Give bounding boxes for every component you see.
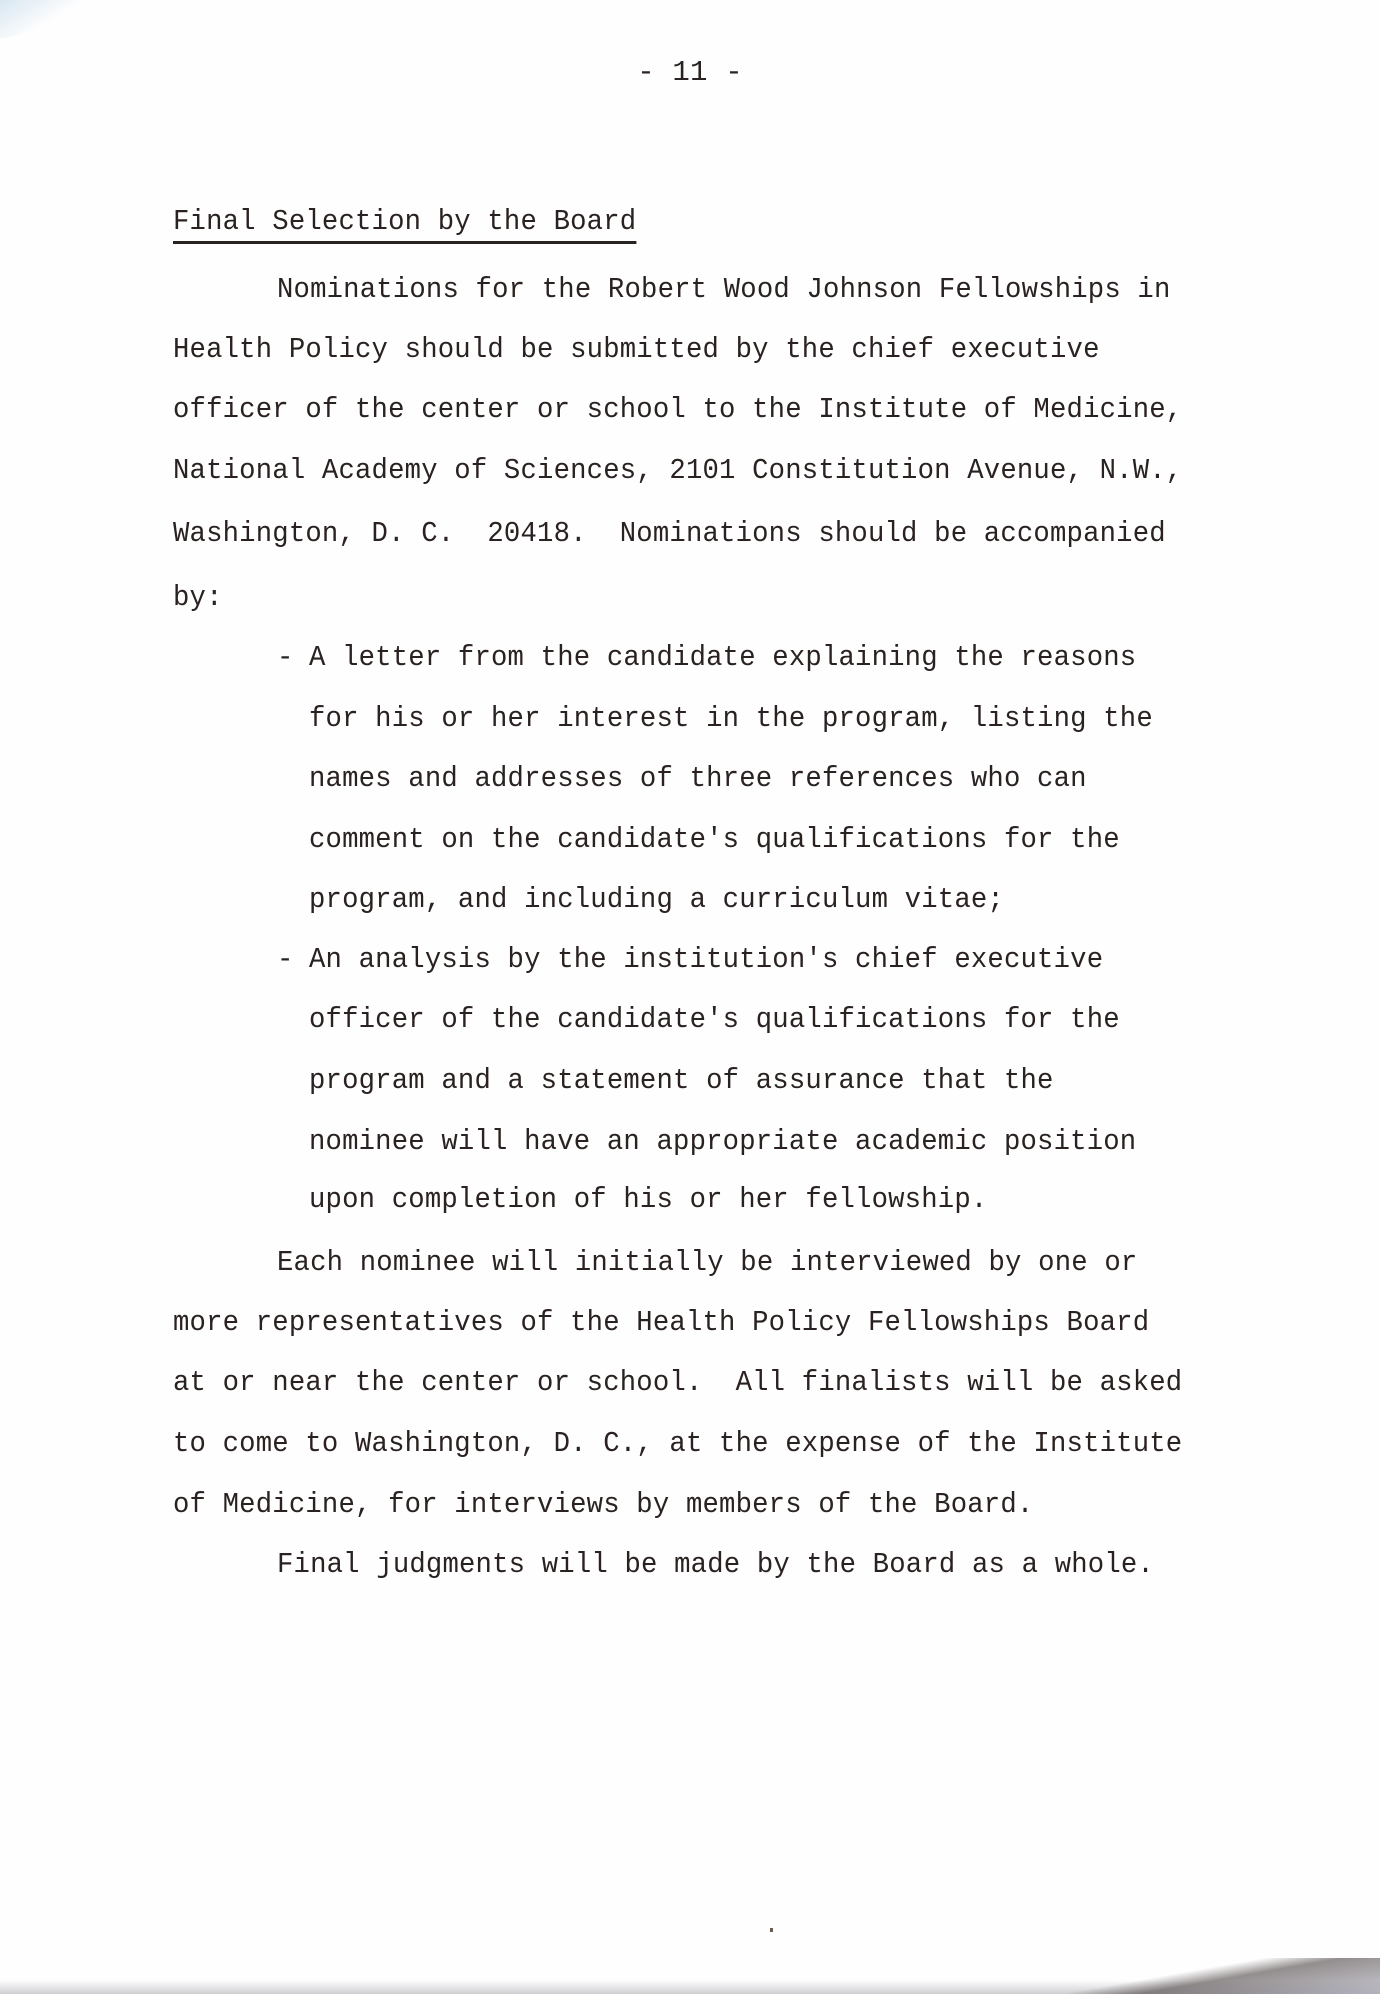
bullet-marker: - — [277, 641, 294, 675]
document-page: - 11 - Final Selection by the Board Nomi… — [0, 0, 1380, 1994]
paragraph2-line: at or near the center or school. All fin… — [173, 1366, 1182, 1400]
bullet1-line: comment on the candidate's qualification… — [309, 823, 1120, 857]
bullet2-line: An analysis by the institution's chief e… — [309, 943, 1103, 977]
scan-speck — [770, 1928, 773, 1932]
bullet1-line: for his or her interest in the program, … — [309, 702, 1153, 736]
section-heading: Final Selection by the Board — [173, 205, 636, 244]
bullet1-line: program, and including a curriculum vita… — [309, 883, 1004, 917]
paragraph1-line: Health Policy should be submitted by the… — [173, 333, 1100, 367]
bullet1-line: names and addresses of three references … — [309, 762, 1087, 796]
paragraph2-line: to come to Washington, D. C., at the exp… — [173, 1427, 1182, 1461]
bullet2-line: nominee will have an appropriate academi… — [309, 1125, 1136, 1159]
bullet2-line: program and a statement of assurance tha… — [309, 1064, 1054, 1098]
bullet1-line: A letter from the candidate explaining t… — [309, 641, 1136, 675]
bullet2-line: upon completion of his or her fellowship… — [309, 1183, 987, 1217]
page-curl-shadow — [1050, 1958, 1380, 1994]
bullet-marker: - — [277, 943, 294, 977]
paragraph1-line: Nominations for the Robert Wood Johnson … — [277, 273, 1171, 307]
paragraph3-line: Final judgments will be made by the Boar… — [277, 1548, 1154, 1582]
paragraph2-line: of Medicine, for interviews by members o… — [173, 1488, 1033, 1522]
paragraph1-line: by: — [173, 581, 223, 615]
paragraph1-line: National Academy of Sciences, 2101 Const… — [173, 454, 1182, 488]
paragraph2-line: Each nominee will initially be interview… — [277, 1246, 1137, 1280]
scan-corner-shadow — [0, 0, 103, 42]
paragraph1-line: officer of the center or school to the I… — [173, 393, 1182, 427]
page-number: - 11 - — [0, 56, 1380, 90]
bullet2-line: officer of the candidate's qualification… — [309, 1003, 1120, 1037]
paragraph1-line: Washington, D. C. 20418. Nominations sho… — [173, 517, 1166, 551]
paragraph2-line: more representatives of the Health Polic… — [173, 1306, 1149, 1340]
